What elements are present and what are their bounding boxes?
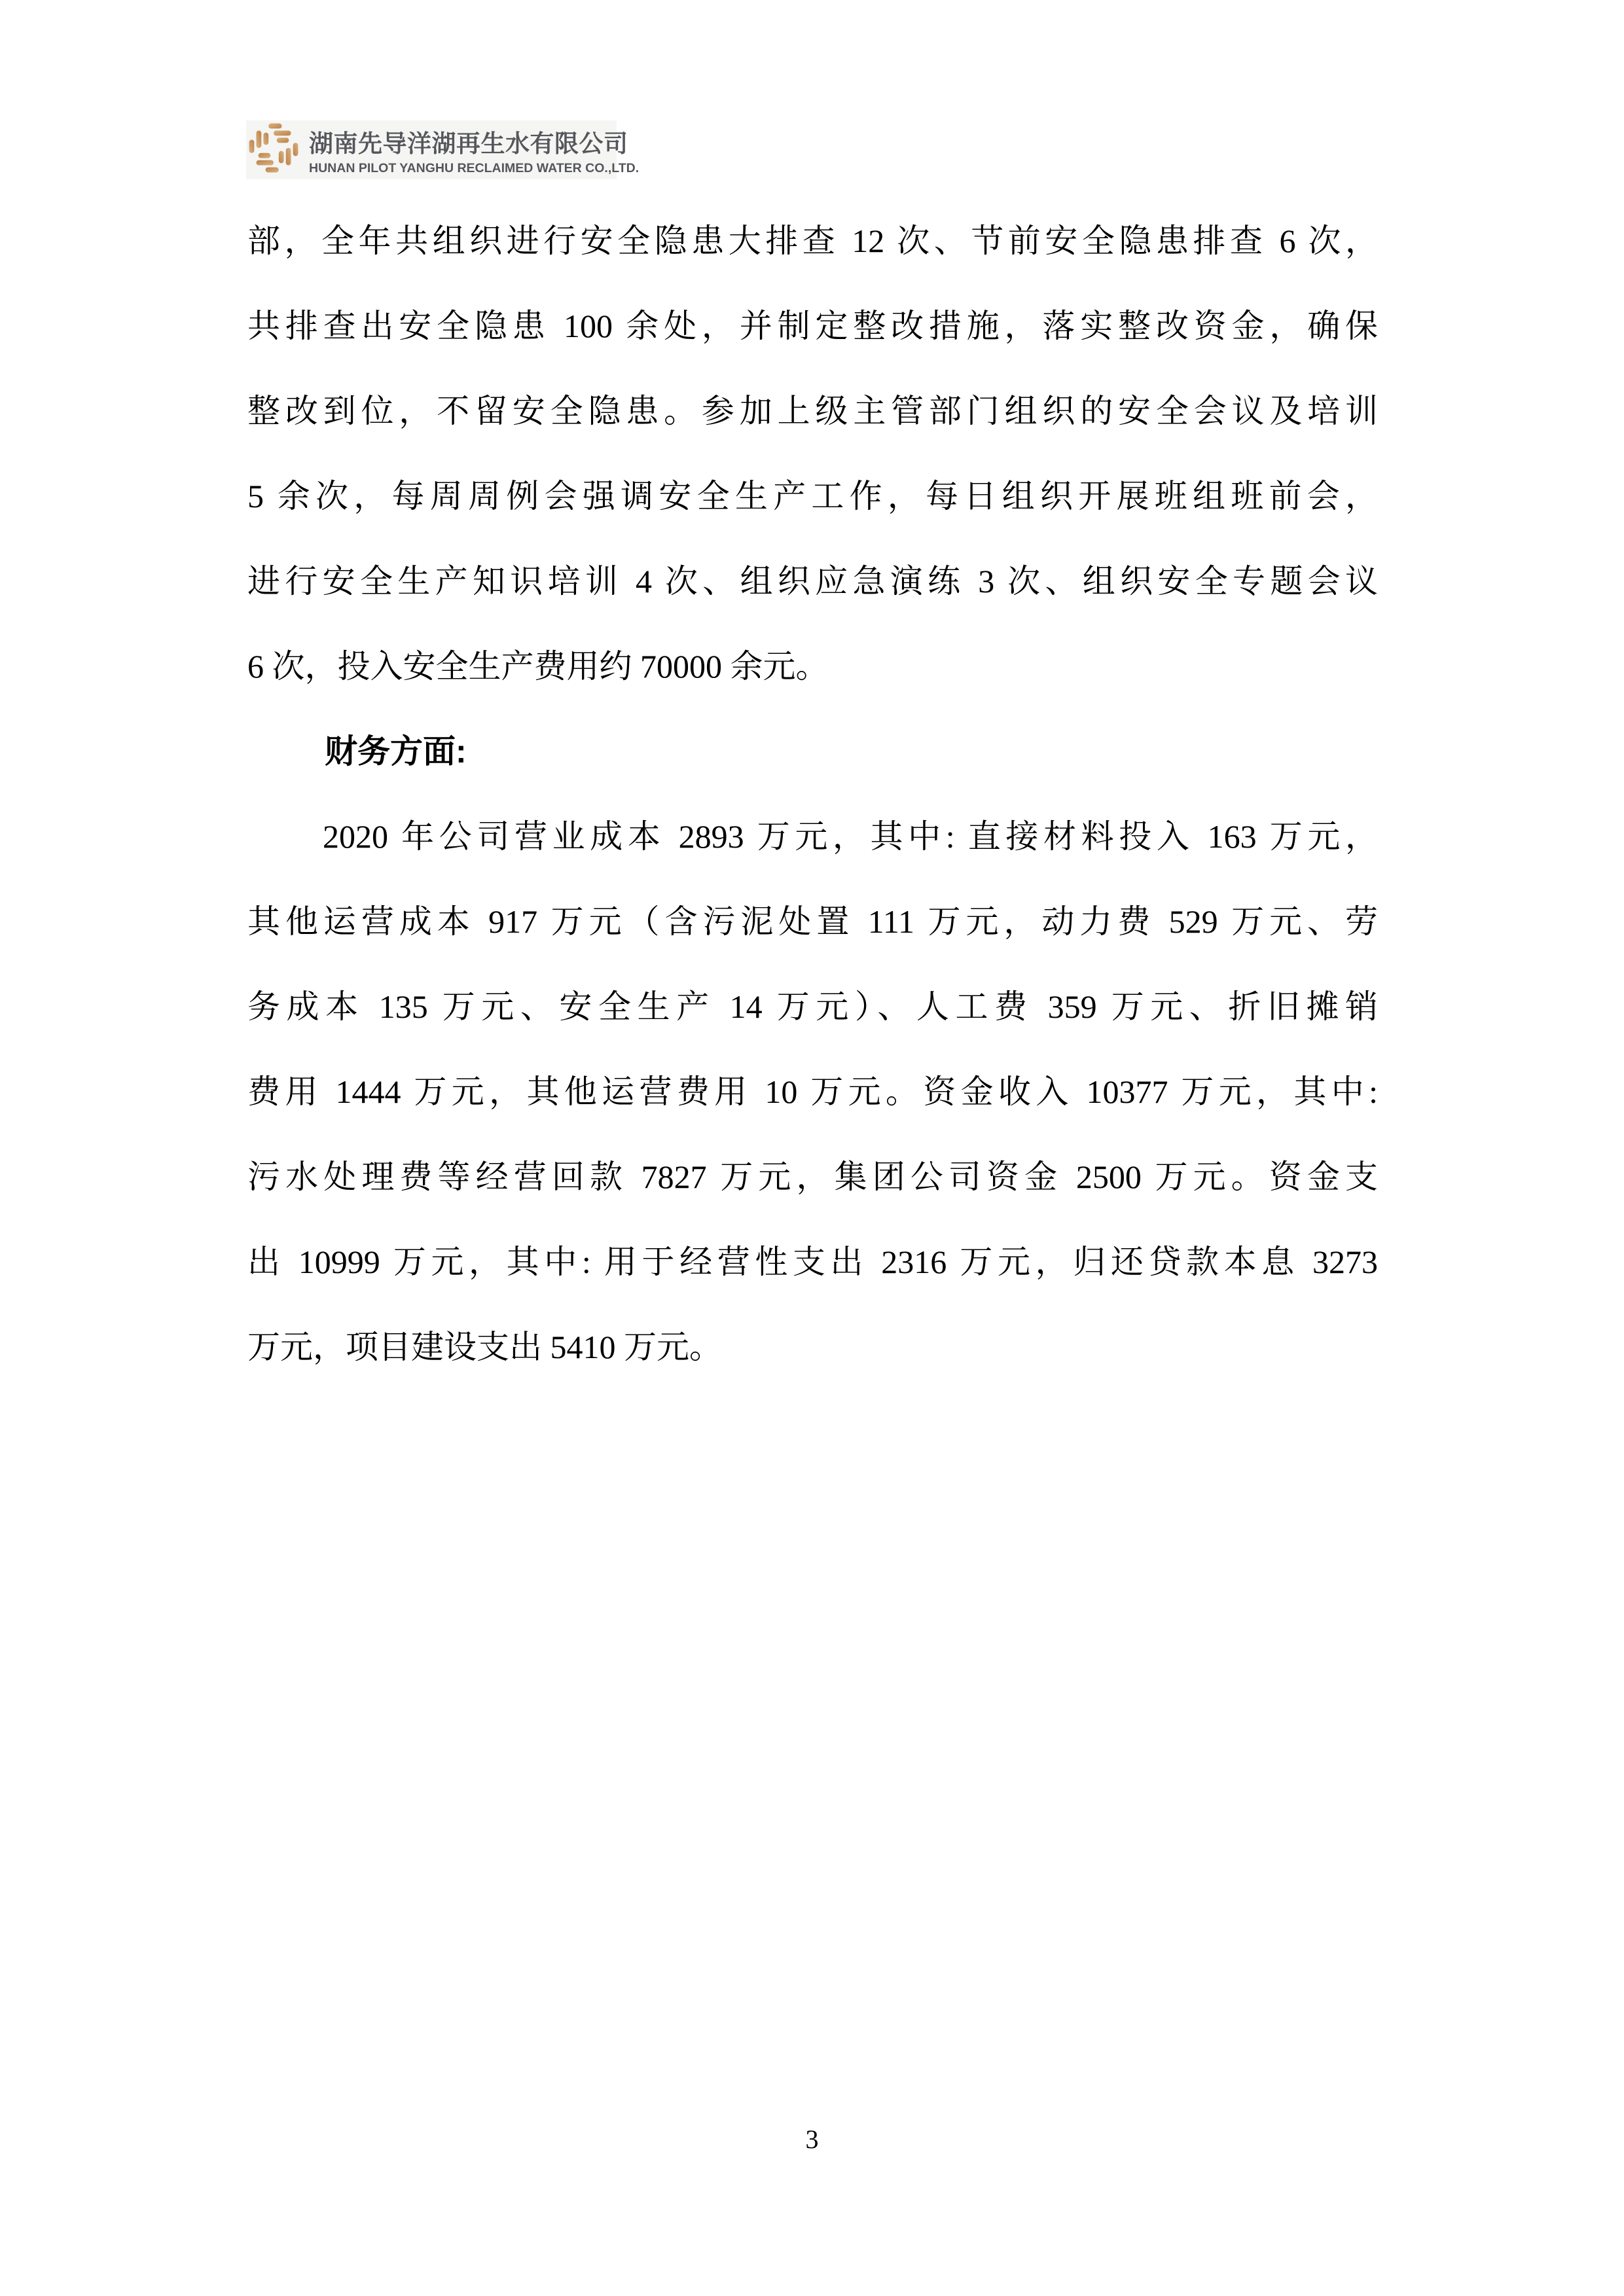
paragraph2-line-7: 万元，项目建设支出 5410 万元。 bbox=[247, 1304, 1378, 1390]
paragraph2-line-3: 务成本 135 万元、安全生产 14 万元）、人工费 359 万元、折旧摊销 bbox=[247, 964, 1378, 1049]
paragraph2-line-1: 2020 年公司营业成本 2893 万元，其中: 直接材料投入 163 万元， bbox=[247, 794, 1378, 879]
paragraph1-line-4: 5 余次，每周周例会强调安全生产工作，每日组织开展班组班前会， bbox=[247, 454, 1378, 539]
paragraph2-line-6: 出 10999 万元，其中: 用于经营性支出 2316 万元，归还贷款本息 32… bbox=[247, 1219, 1378, 1304]
paragraph2-line-4: 费用 1444 万元，其他运营费用 10 万元。资金收入 10377 万元，其中… bbox=[247, 1049, 1378, 1134]
document-page: 湖南先导洋湖再生水有限公司 HUNAN PILOT YANGHU RECLAIM… bbox=[0, 0, 1624, 2296]
page-number: 3 bbox=[0, 2124, 1624, 2155]
finance-section-heading: 财务方面: bbox=[247, 709, 1378, 794]
logo-chinese-name: 湖南先导洋湖再生水有限公司 bbox=[309, 130, 617, 158]
paragraph1-line-6: 6 次，投入安全生产费用约 70000 余元。 bbox=[247, 624, 1378, 709]
logo-english-name: HUNAN PILOT YANGHU RECLAIMED WATER CO.,L… bbox=[309, 161, 617, 176]
paragraph1-line-5: 进行安全生产知识培训 4 次、组织应急演练 3 次、组织安全专题会议 bbox=[247, 539, 1378, 624]
gold-pinwheel-logo-icon bbox=[248, 122, 299, 174]
paragraph2-line-2: 其他运营成本 917 万元（含污泥处置 111 万元，动力费 529 万元、劳 bbox=[247, 879, 1378, 964]
paragraph1-line-3: 整改到位，不留安全隐患。参加上级主管部门组织的安全会议及培训 bbox=[247, 368, 1378, 454]
paragraph1-line-2: 共排查出安全隐患 100 余处，并制定整改措施，落实整改资金，确保 bbox=[247, 283, 1378, 368]
company-logo: 湖南先导洋湖再生水有限公司 HUNAN PILOT YANGHU RECLAIM… bbox=[246, 120, 617, 179]
paragraph2-line-5: 污水处理费等经营回款 7827 万元，集团公司资金 2500 万元。资金支 bbox=[247, 1134, 1378, 1219]
paragraph1-line-1: 部，全年共组织进行安全隐患大排查 12 次、节前安全隐患排查 6 次， bbox=[247, 198, 1378, 283]
document-body: 部，全年共组织进行安全隐患大排查 12 次、节前安全隐患排查 6 次， 共排查出… bbox=[247, 198, 1378, 1390]
